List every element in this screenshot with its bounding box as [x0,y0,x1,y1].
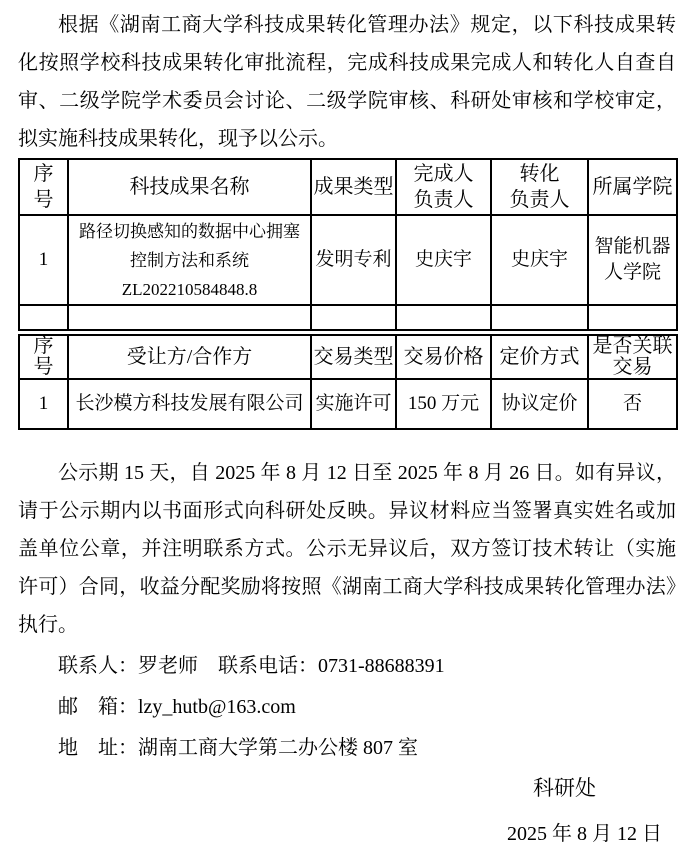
header-transferee: 受让方/合作方 [68,335,311,379]
cell-completer: 史庆宇 [396,215,491,305]
transaction-table-header-row: 序 号 受让方/合作方 交易类型 交易价格 定价方式 是否关联 交易 [19,335,677,379]
empty-cell [311,305,396,330]
notice-paragraph: 公示期 15 天，自 2025 年 8 月 12 日至 2025 年 8 月 2… [18,454,676,644]
cell-transaction-price: 150 万元 [396,379,491,429]
cell-pricing-method: 协议定价 [491,379,588,429]
achievement-table: 序 号 科技成果名称 成果类型 完成人 负责人 转化 负责人 所属学院 1 路径… [18,158,678,331]
header-transferer: 转化 负责人 [491,159,588,215]
achievement-table-header-row: 序 号 科技成果名称 成果类型 完成人 负责人 转化 负责人 所属学院 [19,159,677,215]
cell-serial-number: 1 [19,215,68,305]
header-transaction-type: 交易类型 [311,335,396,379]
cell-transferer: 史庆宇 [491,215,588,305]
contact-email-line: 邮 箱：lzy_hutb@163.com [18,687,676,728]
cell-achievement-type: 发明专利 [311,215,396,305]
contact-block: 联系人：罗老师 联系电话：0731-88688391 邮 箱：lzy_hutb@… [18,646,676,769]
header-achievement-name: 科技成果名称 [68,159,311,215]
header-serial-number: 序 号 [19,159,68,215]
transaction-table: 序 号 受让方/合作方 交易类型 交易价格 定价方式 是否关联 交易 1 长沙模… [18,334,678,430]
header-college: 所属学院 [588,159,677,215]
empty-cell [588,305,677,330]
header-transaction-price: 交易价格 [396,335,491,379]
cell-college: 智能机器 人学院 [588,215,677,305]
cell-achievement-name: 路径切换感知的数据中心拥塞 控制方法和系统 ZL202210584848.8 [68,215,311,305]
empty-cell [396,305,491,330]
announcement-document: 根据《湖南工商大学科技成果转化管理办法》规定，以下科技成果转化按照学校科技成果转… [0,0,694,851]
date-line: 2025 年 8 月 12 日 [18,817,676,851]
empty-cell [19,305,68,330]
intro-paragraph: 根据《湖南工商大学科技成果转化管理办法》规定，以下科技成果转化按照学校科技成果转… [18,6,676,158]
header-related-transaction: 是否关联 交易 [588,335,677,379]
header-pricing-method: 定价方式 [491,335,588,379]
empty-cell [68,305,311,330]
empty-cell [491,305,588,330]
cell-serial-number: 1 [19,379,68,429]
cell-related-transaction: 否 [588,379,677,429]
header-serial-number: 序 号 [19,335,68,379]
contact-address-line: 地 址：湖南工商大学第二办公楼 807 室 [18,728,676,769]
cell-transaction-type: 实施许可 [311,379,396,429]
header-achievement-type: 成果类型 [311,159,396,215]
contact-person-line: 联系人：罗老师 联系电话：0731-88688391 [18,646,676,687]
signature-department: 科研处 [18,769,676,807]
transaction-table-row: 1 长沙模方科技发展有限公司 实施许可 150 万元 协议定价 否 [19,379,677,429]
achievement-table-empty-row [19,305,677,330]
cell-transferee: 长沙模方科技发展有限公司 [68,379,311,429]
header-completer: 完成人 负责人 [396,159,491,215]
achievement-table-row: 1 路径切换感知的数据中心拥塞 控制方法和系统 ZL202210584848.8… [19,215,677,305]
